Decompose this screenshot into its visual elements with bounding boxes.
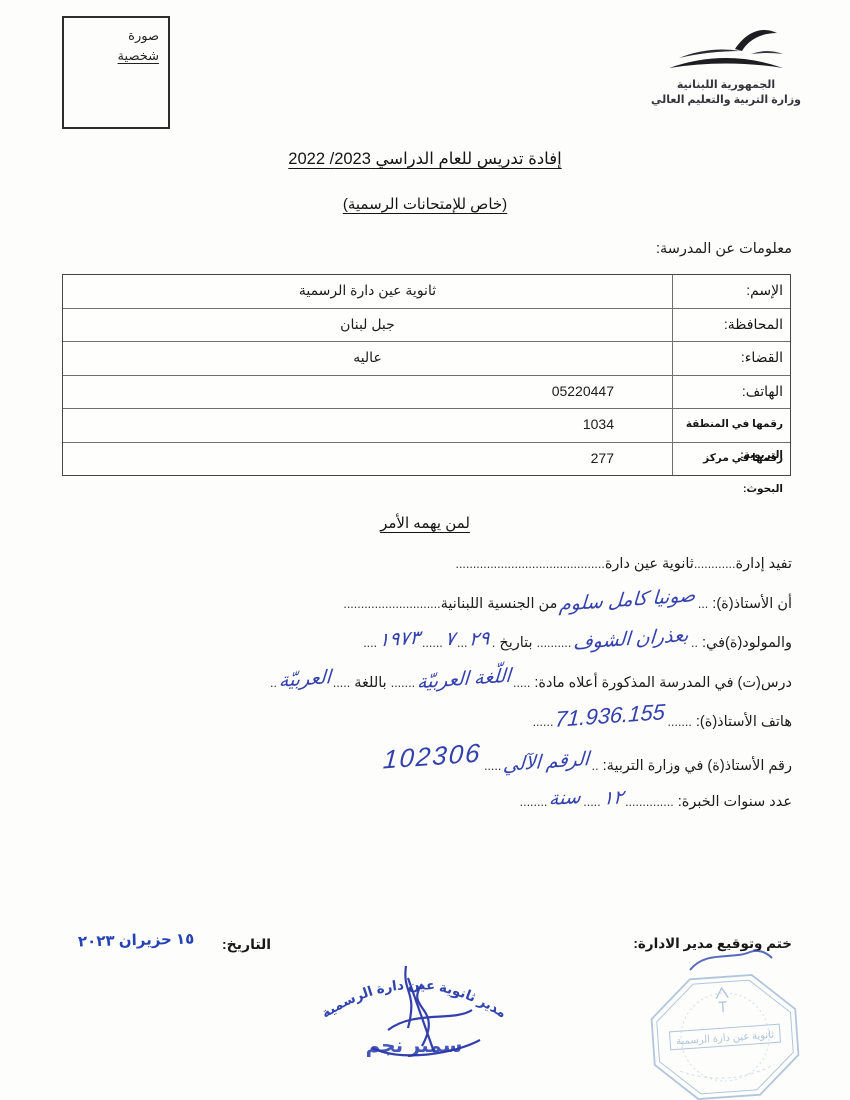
typed-text: ثانوية عين دارة bbox=[605, 556, 694, 572]
typed-text: هاتف الأستاذ(ة): bbox=[692, 714, 792, 730]
dotted-line: ... bbox=[698, 597, 708, 611]
handwritten-text: بعذران الشوف bbox=[573, 624, 690, 655]
dotted-line: .......... bbox=[537, 636, 572, 650]
form-line: درس(ت) في المدرسة المذكورة أعلاه مادة: .… bbox=[30, 670, 792, 693]
svg-text:مدير ثانوية عين دارة الرسمية: مدير ثانوية عين دارة الرسمية bbox=[319, 977, 510, 1021]
dotted-line: ..... bbox=[513, 676, 530, 690]
handwritten-text: ١٢ bbox=[602, 786, 624, 811]
typed-text: بتاريخ bbox=[495, 635, 536, 651]
handwritten-text: صونيا كامل سلوم bbox=[559, 584, 697, 617]
dotted-line: ... bbox=[457, 636, 467, 650]
typed-text: عدد سنوات الخبرة: bbox=[674, 794, 792, 810]
typed-text: والمولود(ة)في: bbox=[698, 635, 792, 651]
typed-text: أن الأستاذ(ة): bbox=[708, 596, 792, 612]
handwritten-text: الرقم الآلي bbox=[503, 748, 591, 777]
form-line: أن الأستاذ(ة): ...صونيا كامل سلوممن الجن… bbox=[30, 591, 792, 614]
dotted-line: .............. bbox=[625, 795, 674, 809]
typed-text: باللغة bbox=[350, 675, 391, 691]
handwritten-text: سنة bbox=[549, 786, 582, 811]
dotted-line: .. bbox=[270, 676, 277, 690]
dotted-line: ..... bbox=[333, 676, 350, 690]
director-stamp-arc-text: مدير ثانوية عين دارة الرسمية bbox=[319, 977, 510, 1021]
dotted-line: ............ bbox=[694, 557, 736, 571]
typed-text: من الجنسية اللبنانية bbox=[441, 596, 558, 612]
dotted-line: .. bbox=[592, 759, 599, 773]
handwritten-text: ٧ bbox=[444, 628, 456, 652]
school-seal-stamp: ثانوية عين دارة الرسمية bbox=[648, 972, 802, 1100]
handwritten-date: ١٥ حزيران ٢٠٢٣ bbox=[78, 929, 195, 950]
form-line: عدد سنوات الخبرة: ..............١٢.....س… bbox=[30, 789, 792, 812]
dotted-line: ..... bbox=[484, 759, 501, 773]
form-line: هاتف الأستاذ(ة): .......71.936.155...... bbox=[30, 706, 792, 732]
dotted-line: ........................................… bbox=[455, 557, 604, 571]
director-name: سمير نجم bbox=[366, 1035, 463, 1057]
handwritten-text: ١٩٧٣ bbox=[378, 626, 420, 652]
form-line: رقم الأستاذ(ة) في وزارة التربية: ..الرقم… bbox=[30, 746, 792, 777]
handwritten-text: 102306 bbox=[382, 737, 483, 775]
scanned-teaching-certificate: صورة شخصية الجمهورية اللبنانية وزارة الت… bbox=[0, 0, 850, 1100]
dotted-line: ...... bbox=[533, 715, 554, 729]
date-label: التاريخ: bbox=[222, 936, 271, 953]
pen-stroke-icon bbox=[688, 948, 774, 974]
handwritten-text: العربيّة bbox=[278, 666, 331, 693]
seal-center-text: ثانوية عين دارة الرسمية bbox=[676, 1030, 775, 1048]
dotted-line: ....... bbox=[391, 676, 415, 690]
dotted-line: ............................ bbox=[343, 597, 440, 611]
dotted-line: ........ bbox=[520, 795, 548, 809]
handwritten-text: ٢٩ bbox=[469, 627, 491, 652]
dotted-line: .... bbox=[363, 636, 377, 650]
typed-text: رقم الأستاذ(ة) في وزارة التربية: bbox=[599, 758, 792, 774]
handwritten-text: اللّغة العربيّة bbox=[416, 665, 511, 695]
form-line: تفيد إدارة............ثانوية عين دارة...… bbox=[30, 556, 792, 572]
dotted-line: ...... bbox=[422, 636, 443, 650]
typed-text: درس(ت) في المدرسة المذكورة أعلاه مادة: bbox=[530, 675, 792, 691]
dotted-line: .. bbox=[691, 636, 698, 650]
director-stamp: مدير ثانوية عين دارة الرسمية سمير نجم bbox=[302, 952, 526, 1072]
dotted-line: ..... bbox=[583, 795, 600, 809]
dotted-line: ....... bbox=[668, 715, 692, 729]
form-line: والمولود(ة)في: ..بعذران الشوف.......... … bbox=[30, 630, 792, 653]
typed-text: تفيد إدارة bbox=[736, 556, 793, 572]
handwritten-text: 71.936.155 bbox=[555, 699, 667, 733]
